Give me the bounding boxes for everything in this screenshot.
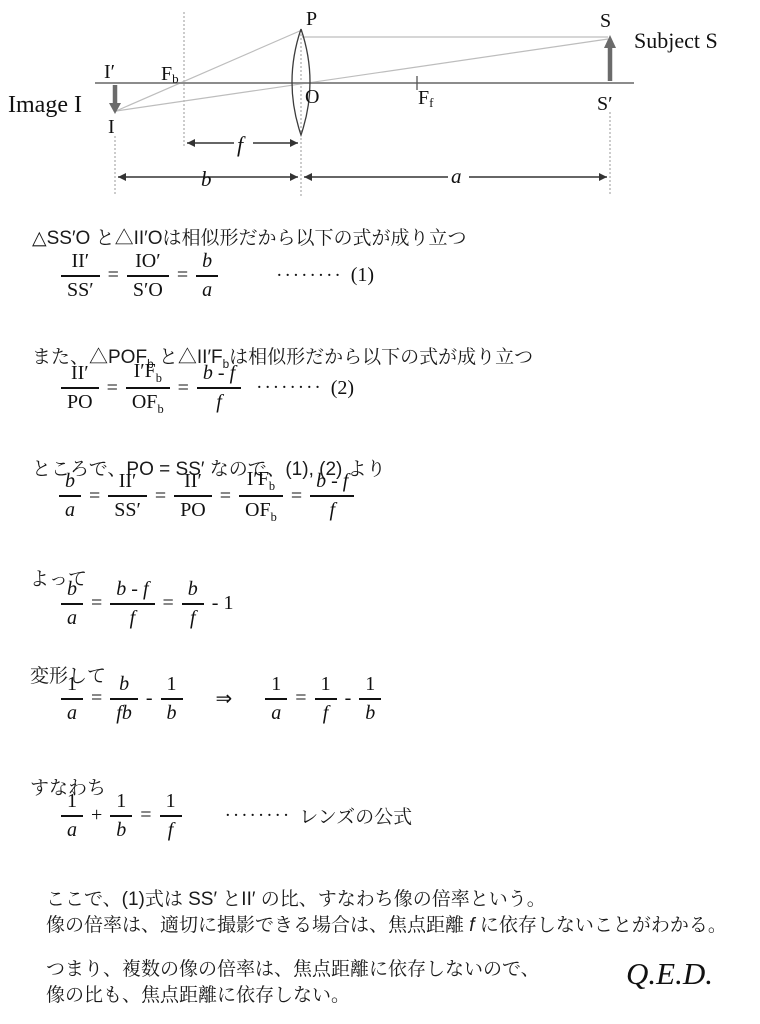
label-ff-base: F [418,87,429,109]
dim-label-b: b [201,167,212,191]
label-ff-sub: f [429,95,434,110]
label-ff: Ff [418,87,434,110]
fraction-1-a: 1a [265,673,287,725]
fraction-b-f: bf [182,578,204,630]
fraction-1-b: 1b [359,673,381,725]
fraction-bf-f: b - ff [197,362,241,414]
fraction-ii-ss: II′SS′ [108,470,147,522]
equals-sign: = [220,485,231,508]
fraction-b-a: ba [61,578,83,630]
fraction-ifb-ofb: I′FbOFb [239,468,283,524]
equation-henkei: 1a = bfb - 1b ⇒ 1a = 1f - 1b [58,673,384,725]
remark-line-3: つまり、複数の像の倍率は、焦点距離に依存しないので、 [46,957,540,983]
dots-leader: ········ [276,265,343,287]
label-fb: Fb [161,63,179,86]
equals-sign: = [140,804,151,827]
label-o: O [305,86,319,108]
fraction-1-f: 1f [160,790,182,842]
equals-sign: = [91,687,102,710]
label-s-prime: S′ [597,93,613,115]
fraction-ifb-ofb: I′FbOFb [126,360,170,416]
equation-2: II′PO = I′FbOFb = b - ff ········ (2) [58,360,354,416]
equals-sign: = [178,377,189,400]
label-i-prime: I′ [104,61,115,83]
fraction-b-a: ba [59,470,81,522]
equals-sign: = [108,264,119,287]
minus-sign: - [212,592,219,615]
lens-ray-diagram: f b a Image I Subject S I′ I P O S S′ Fb… [0,0,760,205]
remark-line-1: ここで、(1)式は SS′ とII′ の比、すなわち像の倍率という。 [46,887,546,913]
equation-chain: ba = II′SS′ = II′PO = I′FbOFb = b - ff [56,468,357,524]
dim-label-a: a [451,164,462,188]
ray-through-focus [116,30,302,111]
label-s: S [600,10,611,32]
fraction-1-b: 1b [161,673,183,725]
statement-similar-1: △SS′O と△II′Oは相似形だから以下の式が成り立つ [32,226,466,252]
qed-mark: Q.E.D. [626,956,713,992]
label-fb-base: F [161,63,172,85]
equation-tag-1: (1) [351,264,374,287]
equals-sign: = [91,592,102,615]
fraction-1-f: 1f [315,673,337,725]
equals-sign: = [295,687,306,710]
label-i: I [108,116,115,138]
equals-sign: = [89,485,100,508]
fraction-io-so: IO′S′O [127,250,169,302]
fraction-b-fb: bfb [110,673,138,725]
equation-yotte: ba = b - ff = bf - 1 [58,578,233,630]
plus-sign: + [91,804,102,827]
remark-line-2: 像の倍率は、適切に撮影できる場合は、焦点距離 f に依存しないことがわかる。 [46,913,727,939]
fraction-ii-po: II′PO [174,470,212,522]
fraction-ii-po: II′PO [61,362,99,414]
equals-sign: = [177,264,188,287]
number-one: 1 [223,592,233,615]
equation-lens-formula: 1a + 1b = 1f ········ レンズの公式 [58,790,412,842]
equals-sign: = [155,485,166,508]
remark-line-4: 像の比も、焦点距離に依存しない。 [46,983,350,1009]
label-p: P [306,8,317,30]
lens-formula-document: f b a Image I Subject S I′ I P O S S′ Fb… [0,0,760,1024]
equals-sign: = [163,592,174,615]
minus-sign: - [146,687,153,710]
equals-sign: = [107,377,118,400]
lens-formula-label: レンズの公式 [299,802,412,829]
dots-leader: ········ [225,805,292,827]
minus-sign: - [345,687,352,710]
equation-1: II′SS′ = IO′S′O = ba ········ (1) [58,250,374,302]
fraction-ii-ss: II′SS′ [61,250,100,302]
label-fb-sub: b [172,71,179,86]
subject-caption: Subject S [634,28,718,53]
implies-arrow-icon: ⇒ [216,686,233,711]
fraction-b-a: ba [196,250,218,302]
equals-sign: = [291,485,302,508]
fraction-bf-f: b - ff [110,578,154,630]
ray-through-center [116,39,608,111]
image-caption: Image I [8,92,82,118]
fraction-1-a: 1a [61,673,83,725]
fraction-1-b: 1b [110,790,132,842]
dots-leader: ········ [256,377,323,399]
fraction-1-a: 1a [61,790,83,842]
fraction-bf-f: b - ff [310,470,354,522]
equation-tag-2: (2) [331,377,354,400]
image-arrow-head [109,103,121,114]
